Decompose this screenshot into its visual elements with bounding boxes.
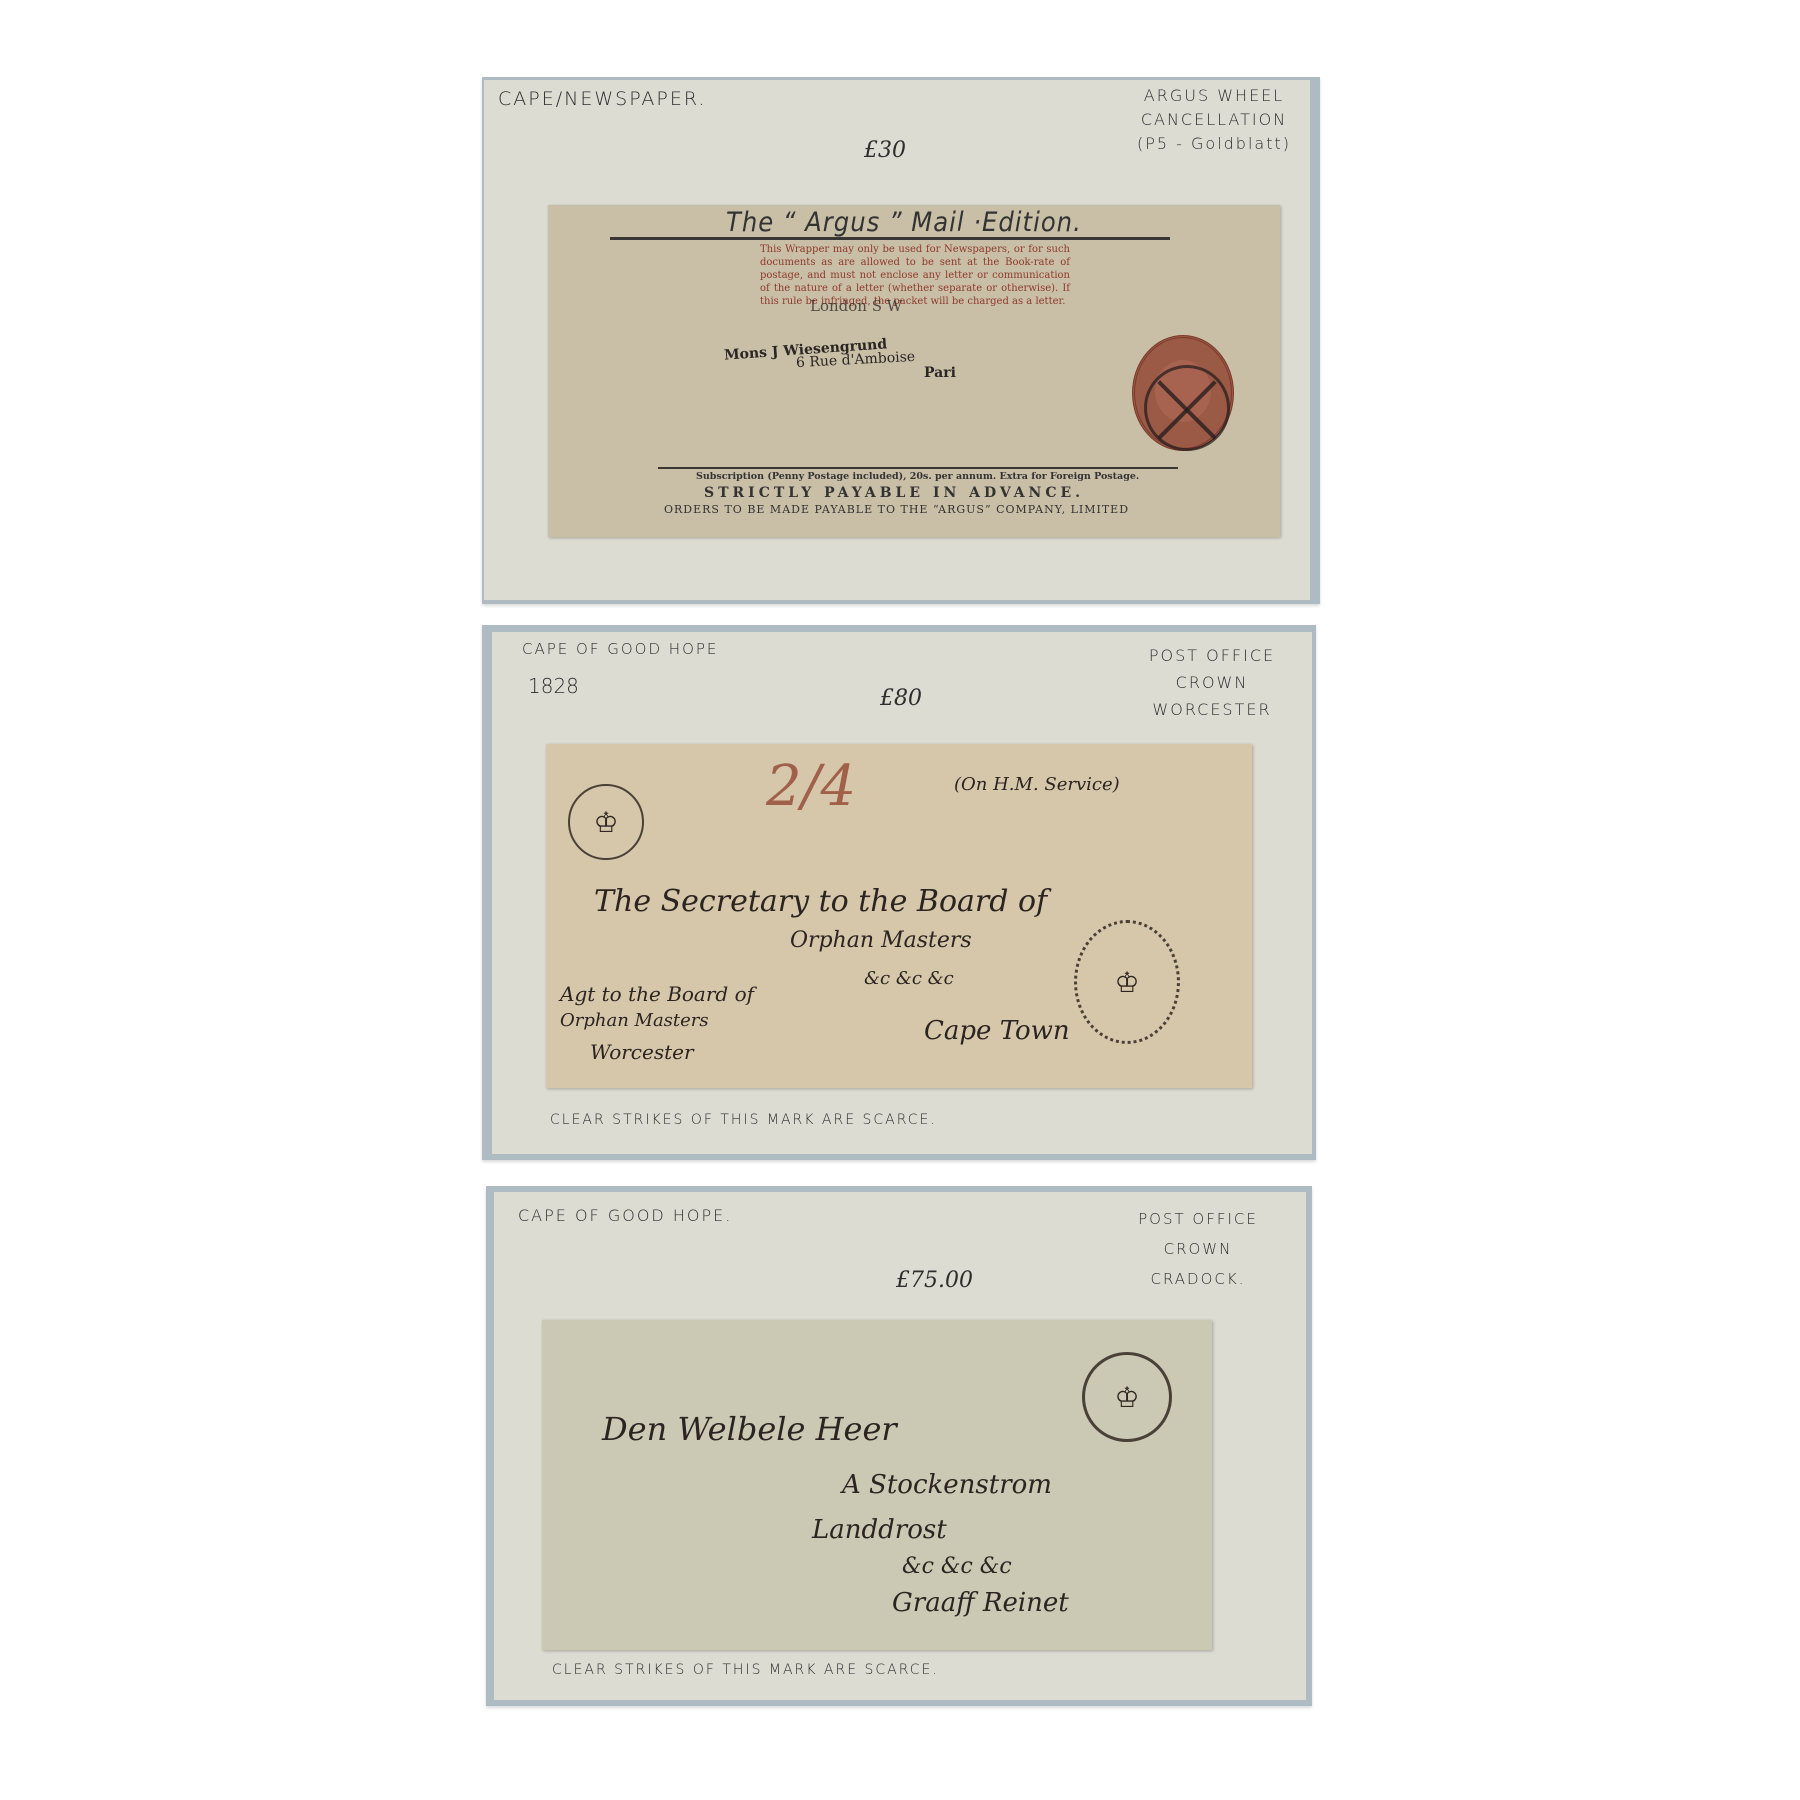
post-office-cradock-crown-postmark: ♔: [1082, 1352, 1172, 1442]
argus-newspaper-wrapper: The “ Argus ” Mail ·Edition. This Wrappe…: [548, 205, 1280, 537]
letter-address-line-4: Cape Town: [924, 1016, 1070, 1046]
card-3-price: £75.00: [896, 1268, 973, 1293]
cover-address-line-1: Den Welbele Heer: [602, 1410, 897, 1448]
cover-address-line-3: Landdrost: [812, 1515, 947, 1545]
card-2-description-note: POST OFFICE CROWN WORCESTER: [1122, 642, 1302, 723]
argus-wheel-cancel-icon: [1144, 365, 1230, 451]
crown-icon: ♔: [593, 806, 618, 839]
rate-mark: 2/4: [766, 754, 856, 819]
cover-address-line-5: Graaff Reinet: [892, 1588, 1069, 1618]
sender-line-2: Orphan Masters: [560, 1010, 709, 1031]
letter-address-line-1: The Secretary to the Board of: [594, 884, 1047, 919]
address-line-3: Pari: [924, 365, 956, 381]
sender-line-1: Agt to the Board of: [560, 982, 754, 1006]
wrapper-footer-orders: ORDERS TO BE MADE PAYABLE TO THE “ARGUS”…: [664, 503, 1129, 516]
card-2-year-note: 1828: [528, 674, 579, 698]
card-3-country-note: CAPE OF GOOD HOPE.: [518, 1206, 732, 1225]
card-1-description-note: ARGUS WHEEL CANCELLATION (P5 - Goldblatt…: [1124, 84, 1304, 156]
post-office-worcester-postmark: ♔: [568, 784, 644, 860]
london-sw-overprint: London S W: [810, 297, 902, 315]
letter-address-line-3: &c &c &c: [864, 968, 954, 989]
crown-icon: ♔: [1114, 966, 1139, 999]
card-2-scarcity-note: CLEAR STRIKES OF THIS MARK ARE SCARCE.: [550, 1112, 937, 1128]
footer-rule: [658, 467, 1178, 469]
card-1-category-note: CAPE/NEWSPAPER.: [498, 88, 706, 110]
crown-icon: ♔: [1114, 1381, 1139, 1414]
masthead-rule: [610, 237, 1170, 240]
card-3-description-note: POST OFFICE CROWN CRADOCK.: [1108, 1204, 1288, 1294]
cover-address-line-2: A Stockenstrom: [842, 1470, 1052, 1500]
wrapper-notice: This Wrapper may only be used for Newspa…: [760, 243, 1070, 308]
on-hm-service-endorsement: (On H.M. Service): [954, 774, 1120, 795]
cape-town-crown-postmark: ♔: [1074, 920, 1180, 1044]
card-1-price: £30: [864, 138, 906, 163]
sender-line-3: Worcester: [590, 1040, 694, 1064]
card-3-scarcity-note: CLEAR STRIKES OF THIS MARK ARE SCARCE.: [552, 1662, 939, 1678]
letter-address-line-2: Orphan Masters: [790, 928, 972, 953]
cover-address-line-4: &c &c &c: [902, 1554, 1012, 1579]
card-2-price: £80: [880, 686, 922, 711]
wrapper-footer-subscription: Subscription (Penny Postage included), 2…: [696, 471, 1139, 482]
card-2-country-note: CAPE OF GOOD HOPE: [522, 640, 718, 658]
wrapper-footer-payable: STRICTLY PAYABLE IN ADVANCE.: [704, 485, 1084, 501]
orphan-masters-entire-letter: 2/4 (On H.M. Service) ♔ The Secretary to…: [546, 744, 1252, 1088]
wrapper-masthead: The “ Argus ” Mail ·Edition.: [726, 207, 1082, 238]
stockenstrom-cover: ♔ Den Welbele Heer A Stockenstrom Landdr…: [542, 1320, 1212, 1650]
